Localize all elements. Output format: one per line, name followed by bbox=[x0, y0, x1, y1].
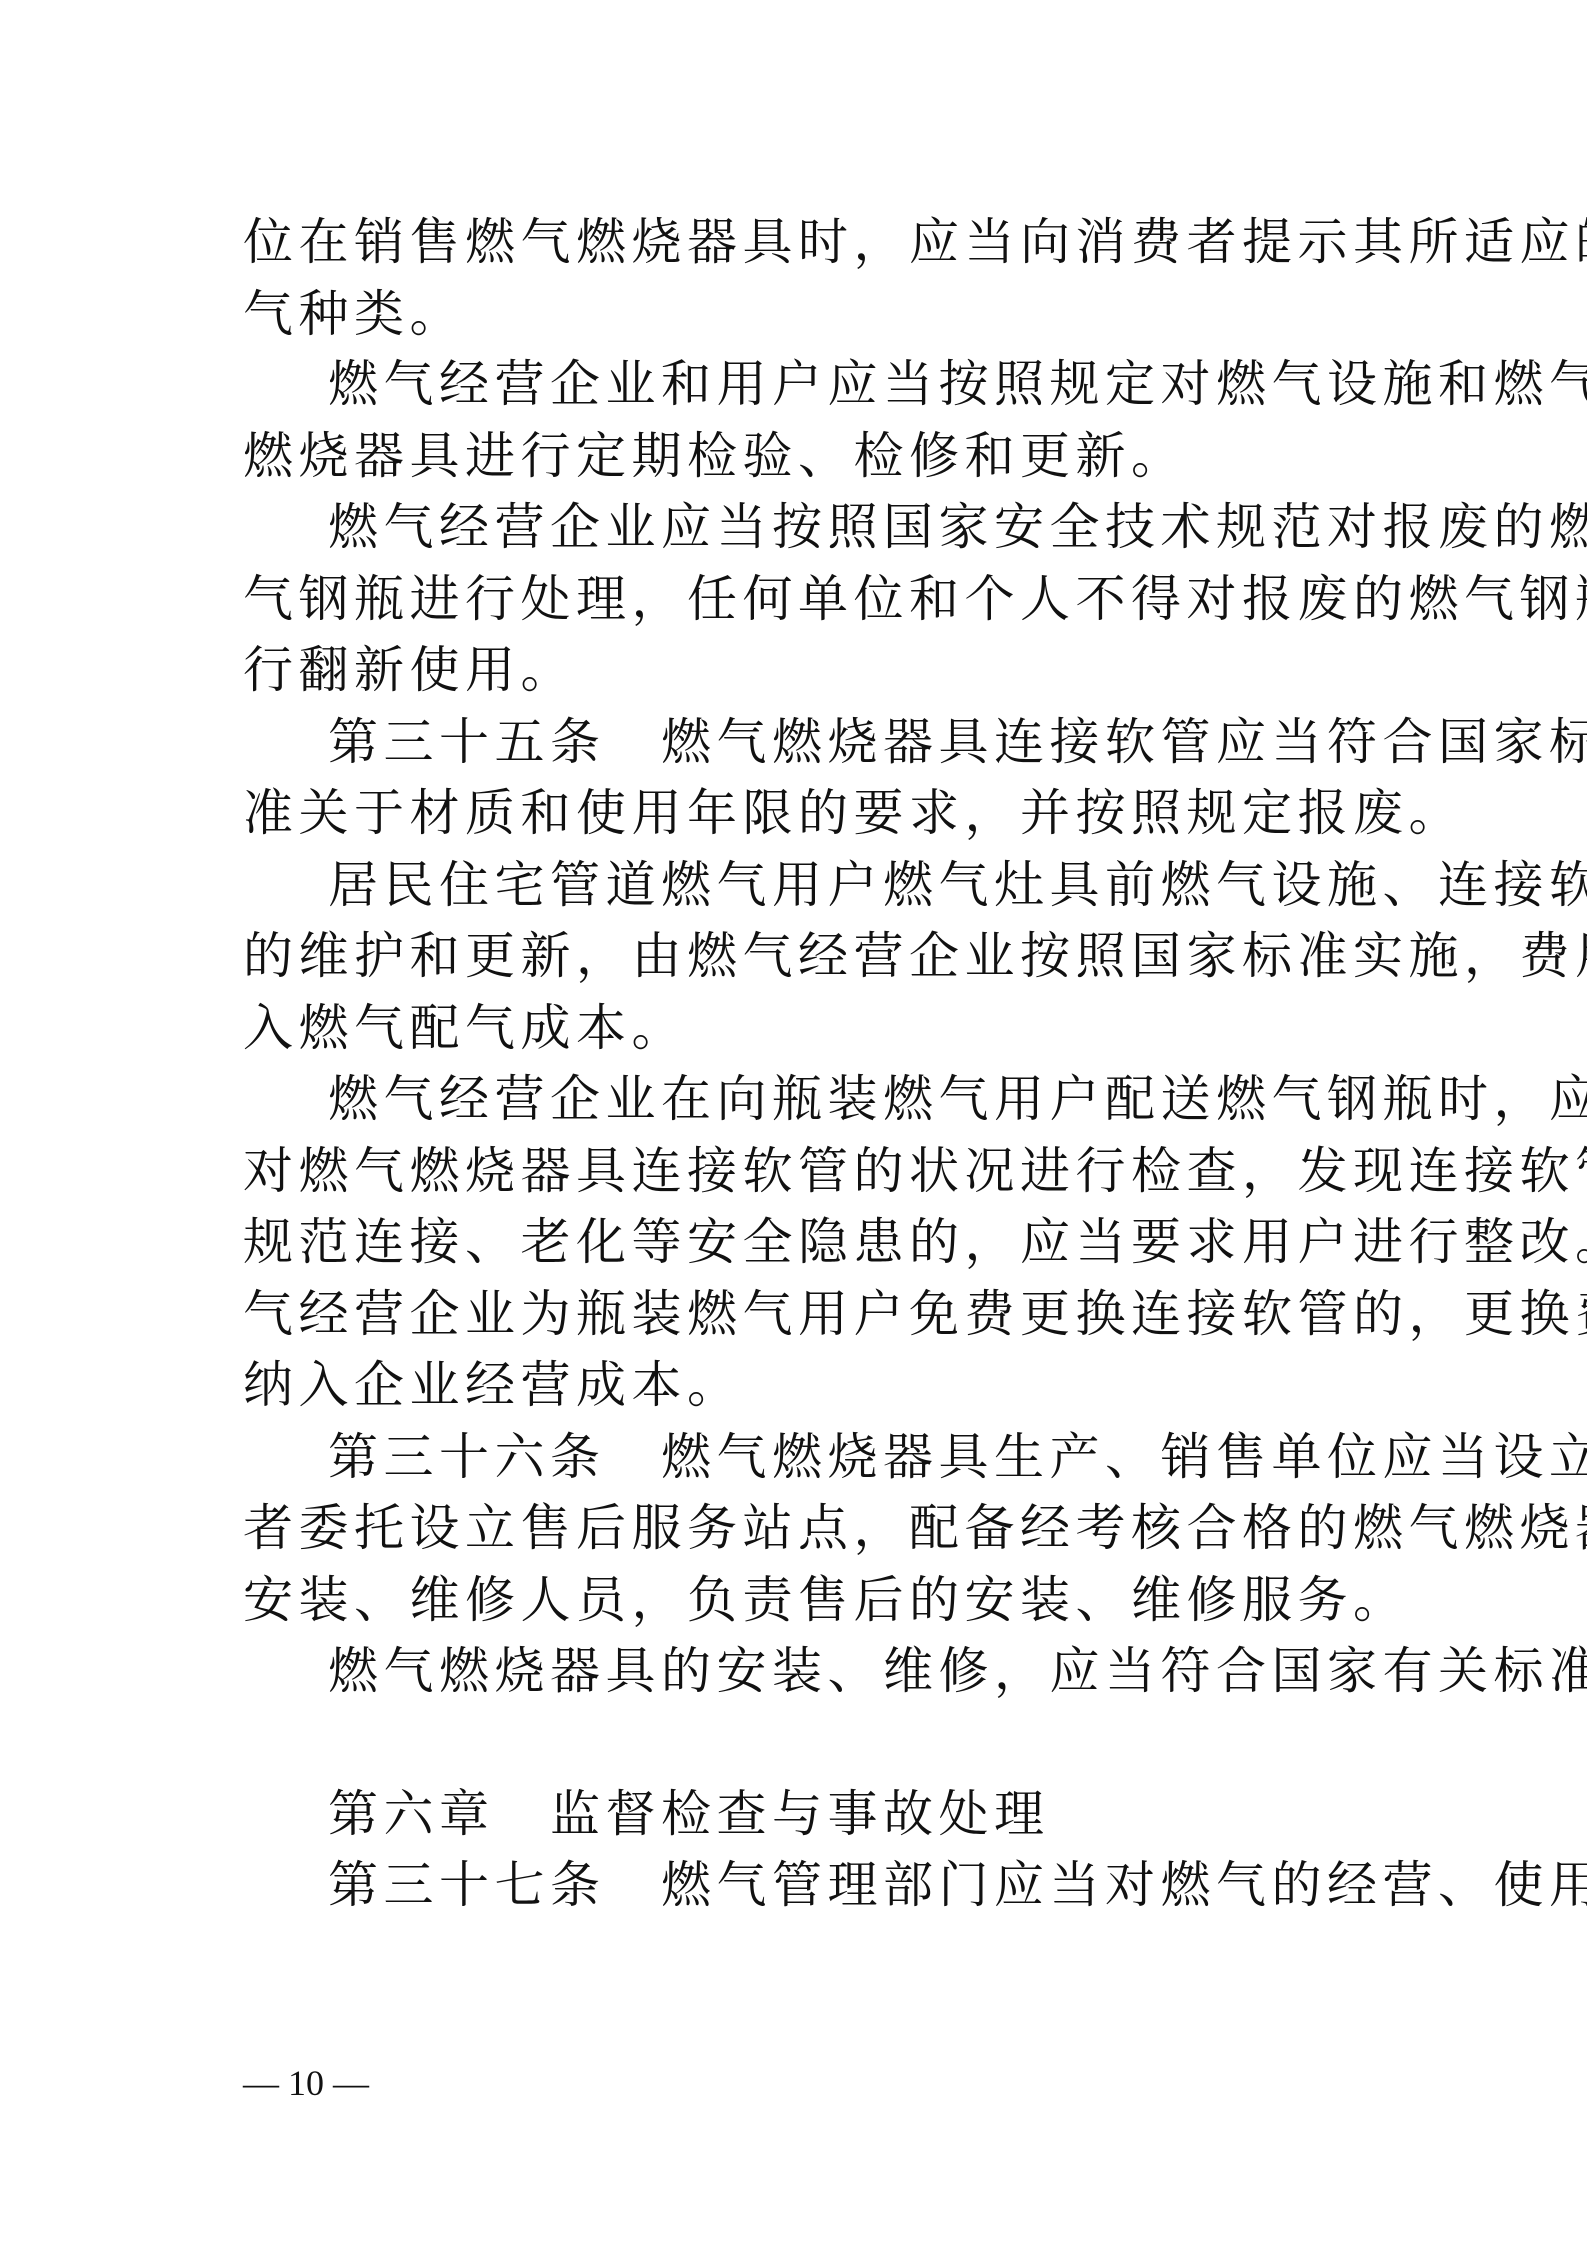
chapter-6-heading: 第六章 监督检查与事故处理 bbox=[328, 1784, 1358, 1844]
page-number: — 10 — bbox=[243, 2060, 369, 2106]
text-line: 的维护和更新，由燃气经营企业按照国家标准实施，费用纳 bbox=[243, 926, 1358, 986]
text-line: 入燃气配气成本。 bbox=[243, 998, 1358, 1058]
text-line: 对燃气燃烧器具连接软管的状况进行检查，发现连接软管不 bbox=[243, 1141, 1358, 1201]
paragraph-start-line: 燃气燃烧器具的安装、维修，应当符合国家有关标准。 bbox=[328, 1641, 1358, 1701]
text-line: 气经营企业为瓶装燃气用户免费更换连接软管的，更换费用 bbox=[243, 1284, 1358, 1344]
text-line: 者委托设立售后服务站点，配备经考核合格的燃气燃烧器具 bbox=[243, 1498, 1358, 1558]
text-line: 纳入企业经营成本。 bbox=[243, 1355, 1358, 1415]
text-line: 准关于材质和使用年限的要求，并按照规定报废。 bbox=[243, 783, 1358, 843]
text-line: 安装、维修人员，负责售后的安装、维修服务。 bbox=[243, 1570, 1358, 1630]
article-35-heading-line: 第三十五条 燃气燃烧器具连接软管应当符合国家标 bbox=[328, 712, 1358, 772]
text-line: 气钢瓶进行处理，任何单位和个人不得对报废的燃气钢瓶进 bbox=[243, 569, 1358, 629]
paragraph-start-line: 居民住宅管道燃气用户燃气灶具前燃气设施、连接软管 bbox=[328, 855, 1358, 915]
text-line: 燃烧器具进行定期检验、检修和更新。 bbox=[243, 426, 1358, 486]
text-line: 位在销售燃气燃烧器具时，应当向消费者提示其所适应的燃 bbox=[243, 212, 1358, 272]
paragraph-start-line: 燃气经营企业应当按照国家安全技术规范对报废的燃 bbox=[328, 497, 1358, 557]
paragraph-start-line: 燃气经营企业在向瓶装燃气用户配送燃气钢瓶时，应当 bbox=[328, 1069, 1358, 1129]
text-line: 行翻新使用。 bbox=[243, 640, 1358, 700]
article-37-heading-line: 第三十七条 燃气管理部门应当对燃气的经营、使用、 bbox=[328, 1855, 1358, 1915]
text-line: 气种类。 bbox=[243, 284, 1358, 344]
document-page: 位在销售燃气燃烧器具时，应当向消费者提示其所适应的燃 气种类。 燃气经营企业和用… bbox=[0, 0, 1587, 2245]
article-36-heading-line: 第三十六条 燃气燃烧器具生产、销售单位应当设立或 bbox=[328, 1427, 1358, 1487]
text-line: 规范连接、老化等安全隐患的，应当要求用户进行整改。燃 bbox=[243, 1212, 1358, 1272]
paragraph-start-line: 燃气经营企业和用户应当按照规定对燃气设施和燃气 bbox=[328, 354, 1358, 414]
